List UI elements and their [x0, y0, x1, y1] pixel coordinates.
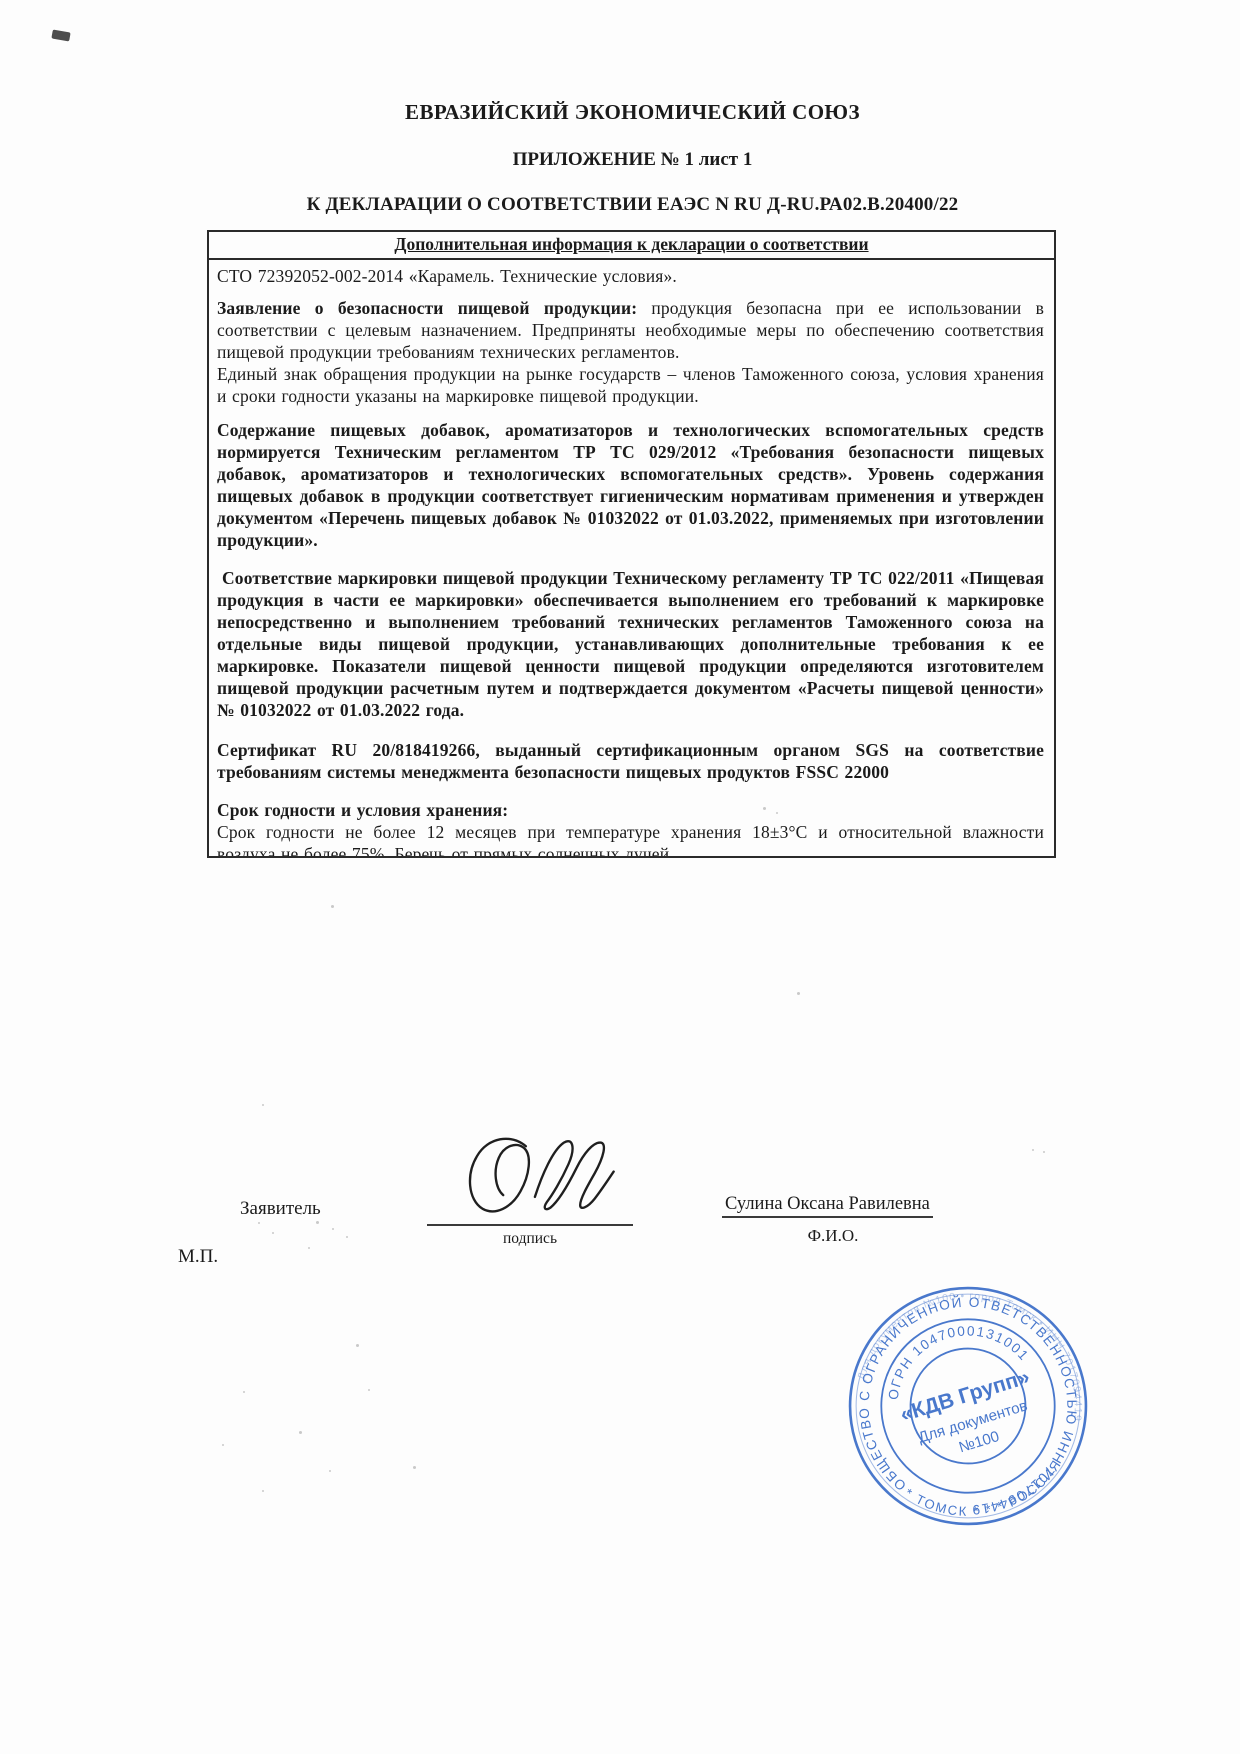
scan-speck [262, 1490, 264, 1492]
scan-speck [346, 1236, 348, 1238]
scan-speck [272, 1232, 274, 1234]
shelf-life-heading: Срок годности и условия хранения: [217, 800, 508, 820]
sto-standard-line: СТО 72392052-002-2014 «Карамель. Техниче… [217, 265, 1044, 287]
shelf-life-text: Срок годности не более 12 месяцев при те… [217, 822, 1044, 858]
name-caption: Ф.И.О. [722, 1226, 944, 1246]
labeling-paragraph: Соответствие маркировки пищевой продукци… [217, 567, 1044, 721]
certificate-paragraph: Сертификат RU 20/818419266, выданный сер… [217, 739, 1044, 783]
scan-speck [222, 1444, 224, 1446]
applicant-name: Сулина Оксана Равилевна [722, 1194, 933, 1218]
document-page: ЕВРАЗИЙСКИЙ ЭКОНОМИЧЕСКИЙ СОЮЗ ПРИЛОЖЕНИ… [0, 0, 1240, 1754]
safety-statement-lead: Заявление о безопасности пищевой продукц… [217, 298, 637, 318]
scan-speck [308, 1247, 310, 1249]
appendix-title: ПРИЛОЖЕНИЕ № 1 лист 1 [207, 149, 1058, 171]
union-title: ЕВРАЗИЙСКИЙ ЭКОНОМИЧЕСКИЙ СОЮЗ [207, 100, 1058, 125]
scan-speck [763, 807, 766, 810]
scan-speck [776, 812, 778, 814]
eac-mark-text: Единый знак обращения продукции на рынке… [217, 364, 1044, 406]
scan-speck [258, 1222, 260, 1224]
additives-paragraph: Содержание пищевых добавок, ароматизатор… [217, 419, 1044, 551]
signature-caption: подпись [427, 1230, 633, 1248]
stamp-ring-city-text: * ТОМСК * * * РОССИЯ [899, 1440, 1073, 1532]
scan-speck [368, 1389, 370, 1391]
scan-speck [413, 1466, 416, 1469]
scan-speck [356, 1344, 359, 1347]
shelf-life-section: Срок годности и условия хранения: Срок г… [217, 799, 1044, 858]
company-stamp: ОБЩЕСТВО С ОГРАНИЧЕННОЙ ОТВЕТСТВЕННОСТЬЮ… [842, 1280, 1094, 1532]
scan-speck [1032, 1149, 1034, 1151]
stamp-place-label: М.П. [178, 1246, 218, 1268]
scan-speck [797, 992, 800, 995]
additional-info-table: Дополнительная информация к декларации о… [207, 230, 1056, 858]
scan-speck [262, 1104, 264, 1106]
scan-speck [299, 1431, 302, 1434]
document-header: ЕВРАЗИЙСКИЙ ЭКОНОМИЧЕСКИЙ СОЮЗ ПРИЛОЖЕНИ… [207, 100, 1058, 216]
safety-statement: Заявление о безопасности пищевой продукц… [217, 297, 1044, 407]
handwritten-signature [448, 1128, 620, 1226]
signature-line [427, 1224, 633, 1226]
scan-speck [331, 905, 334, 908]
scan-speck [1043, 1151, 1045, 1153]
scan-speck [243, 1391, 245, 1393]
applicant-label: Заявитель [240, 1198, 321, 1220]
table-title: Дополнительная информация к декларации о… [209, 232, 1054, 260]
scan-artifact [51, 30, 70, 42]
scan-speck [316, 1221, 319, 1224]
scan-speck [332, 1228, 334, 1230]
table-body: СТО 72392052-002-2014 «Карамель. Техниче… [209, 265, 1054, 858]
scan-speck [329, 1470, 331, 1472]
scan-speck [300, 1213, 302, 1215]
declaration-number-title: К ДЕКЛАРАЦИИ О СООТВЕТСТВИИ ЕАЭС N RU Д-… [207, 194, 1058, 216]
